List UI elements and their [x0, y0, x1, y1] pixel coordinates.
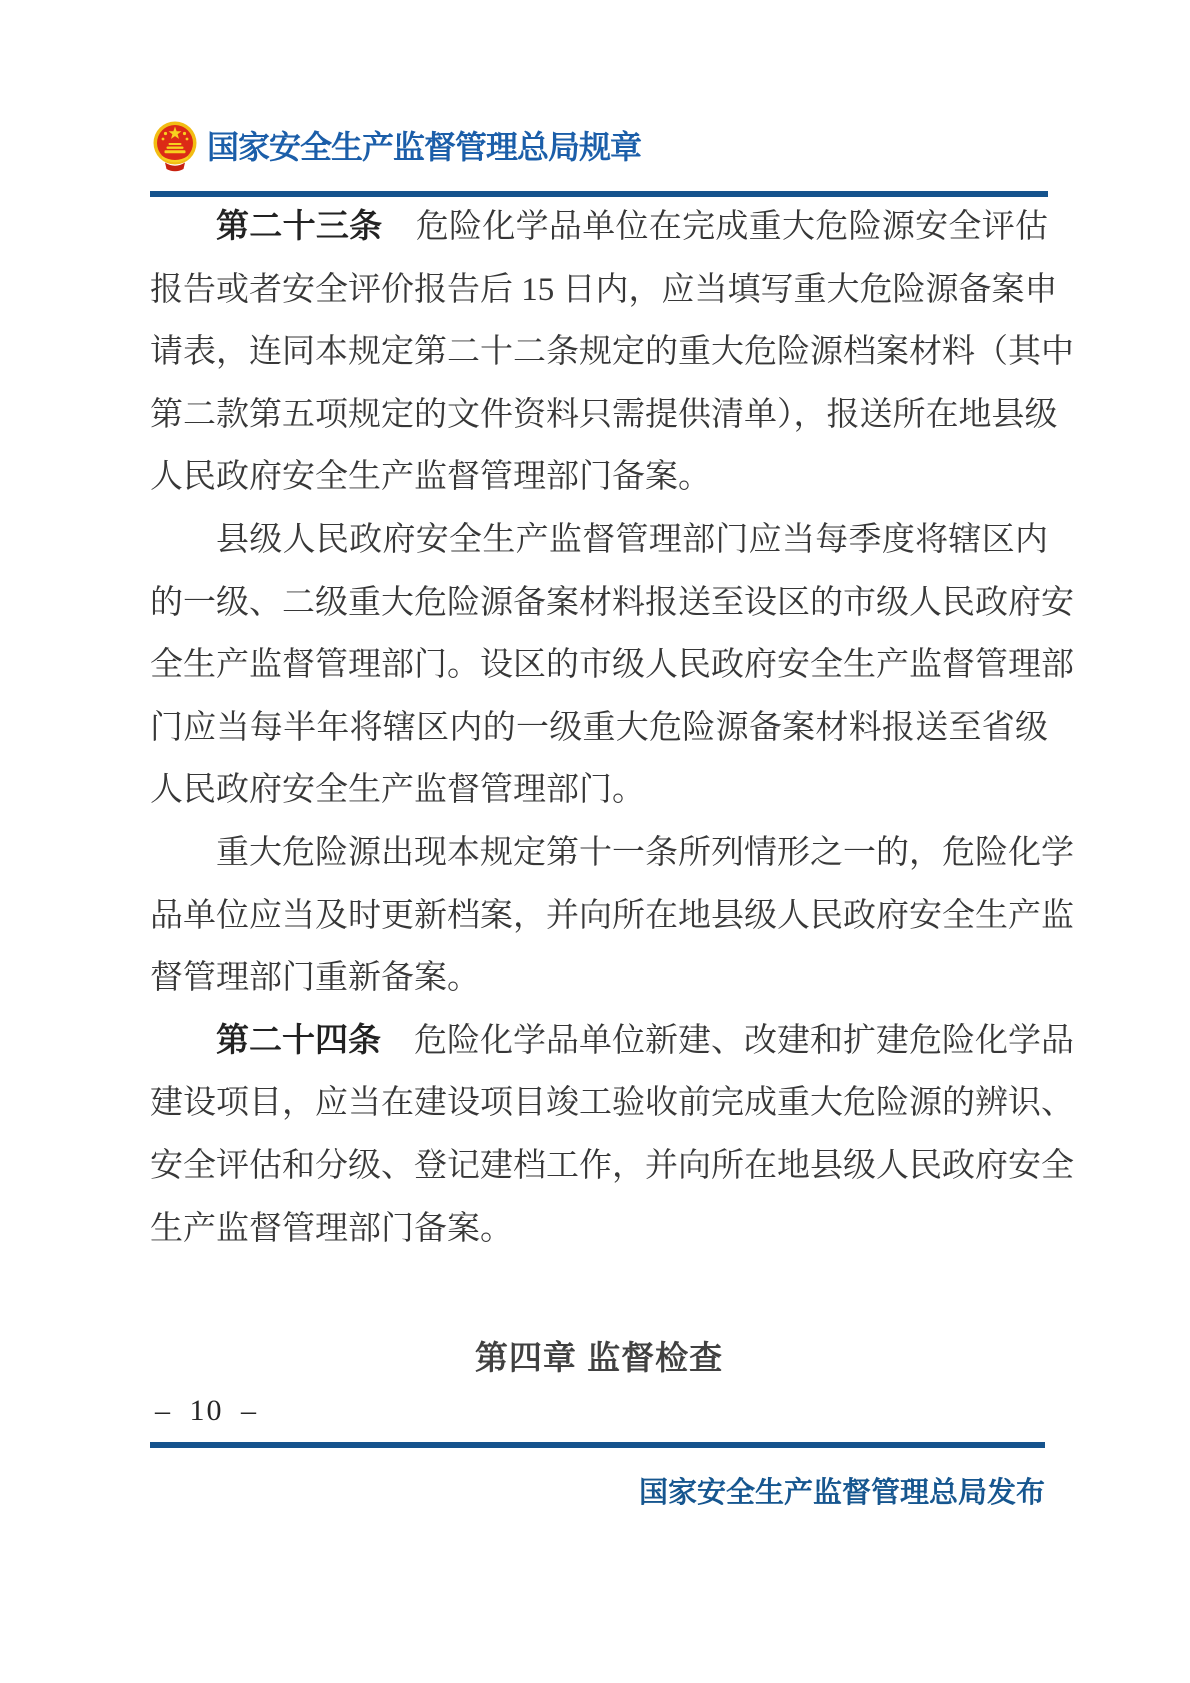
document-page: 国家安全生产监督管理总局规章 第二十三条 危险化学品单位在完成重大危险源安全评估… — [0, 0, 1190, 1683]
text-line: 请表，连同本规定第二十二条规定的重大危险源档案材料（其中 — [150, 321, 1048, 384]
text-line: 重大危险源出现本规定第十一条所列情形之一的，危险化学 — [150, 822, 1048, 885]
chapter-heading: 第四章 监督检查 — [150, 1332, 1048, 1379]
page-title: 国家安全生产监督管理总局规章 — [207, 122, 641, 168]
text-line: 第二十三条 危险化学品单位在完成重大危险源安全评估 — [150, 196, 1048, 259]
text-line: 品单位应当及时更新档案，并向所在地县级人民政府安全生产监 — [150, 885, 1048, 948]
text-line: 安全评估和分级、登记建档工作，并向所在地县级人民政府安全 — [150, 1135, 1048, 1198]
footer-divider-line — [150, 1442, 1045, 1448]
page-header: 国家安全生产监督管理总局规章 — [152, 116, 1050, 174]
text-line: 人民政府安全生产监督管理部门备案。 — [150, 446, 1048, 509]
text-line: 全生产监督管理部门。设区的市级人民政府安全生产监督管理部 — [150, 634, 1048, 697]
text-line: 督管理部门重新备案。 — [150, 947, 1048, 1010]
national-emblem-icon — [152, 119, 198, 172]
page-number: – 10 – — [155, 1394, 258, 1428]
text-line: 的一级、二级重大危险源备案材料报送至设区的市级人民政府安 — [150, 572, 1048, 635]
text-line: 建设项目，应当在建设项目竣工验收前完成重大危险源的辨识、 — [150, 1072, 1048, 1135]
text-line: 门应当每半年将辖区内的一级重大危险源备案材料报送至省级 — [150, 697, 1048, 760]
footer-publisher: 国家安全生产监督管理总局发布 — [150, 1470, 1045, 1511]
text-line: 生产监督管理部门备案。 — [150, 1198, 1048, 1261]
text-line: 第二款第五项规定的文件资料只需提供清单），报送所在地县级 — [150, 384, 1048, 447]
text-line: 县级人民政府安全生产监督管理部门应当每季度将辖区内 — [150, 509, 1048, 572]
text-line: 人民政府安全生产监督管理部门。 — [150, 759, 1048, 822]
text-line: 第二十四条 危险化学品单位新建、改建和扩建危险化学品 — [150, 1010, 1048, 1073]
text-line: 报告或者安全评价报告后 15 日内，应当填写重大危险源备案申 — [150, 259, 1048, 322]
document-body: 第二十三条 危险化学品单位在完成重大危险源安全评估报告或者安全评价报告后 15 … — [150, 196, 1048, 1260]
